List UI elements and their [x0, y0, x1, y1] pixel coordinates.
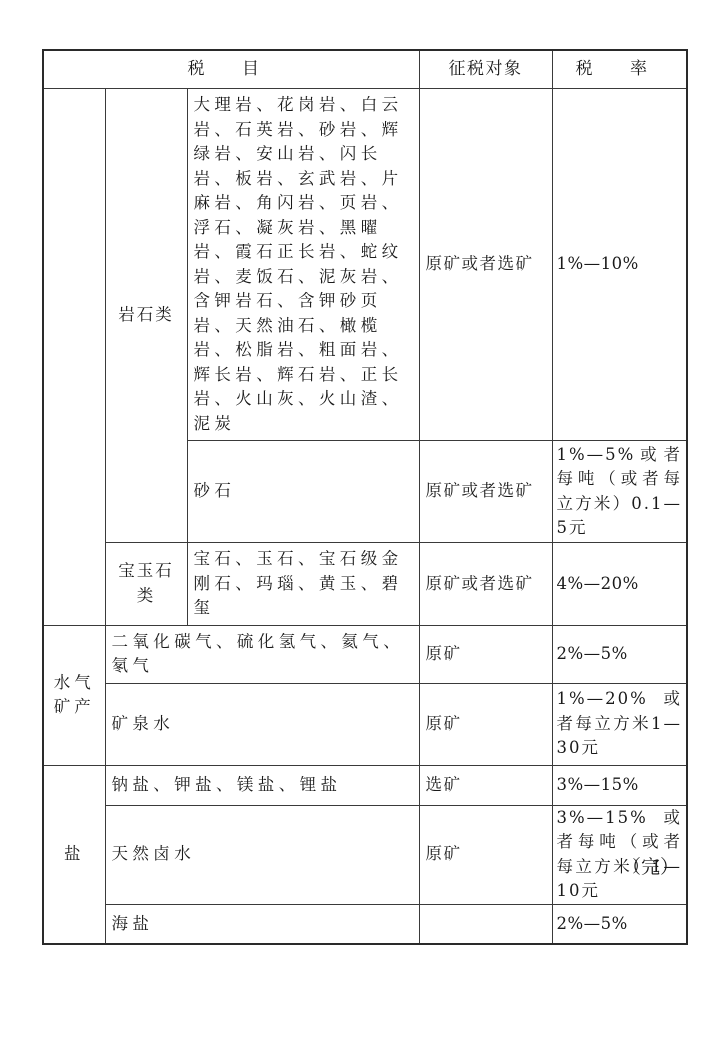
header-tax-rate: 税 率: [552, 50, 687, 89]
gravel-item: 砂石: [187, 441, 419, 543]
gem-tax-rate: 4%—20%: [552, 543, 687, 626]
table-row: 岩石类 大理岩、花岗岩、白云岩、石英岩、砂岩、辉绿岩、安山岩、闪长岩、板岩、玄武…: [43, 89, 687, 441]
gas-tax-object: 原矿: [419, 625, 552, 683]
rock-tax-object: 原矿或者选矿: [419, 89, 552, 441]
mineral-water-item: 矿泉水: [105, 683, 419, 765]
sea-salt-tax-rate: 2%—5%: [552, 904, 687, 944]
header-tax-item: 税 目: [43, 50, 419, 89]
rock-tax-rate: 1%—10%: [552, 89, 687, 441]
category-salt: 盐: [43, 765, 105, 944]
document-page: 税 目 征税对象 税 率 岩石类 大理岩、花岗岩、白云岩、石英岩、砂岩、辉绿岩、…: [0, 0, 726, 1041]
brine-item: 天然卤水: [105, 805, 419, 904]
table-row: 海盐 2%—5%: [43, 904, 687, 944]
mineral-water-tax-object: 原矿: [419, 683, 552, 765]
brine-tax-object: 原矿: [419, 805, 552, 904]
category-cell-nonmetal: [43, 89, 105, 626]
salt-items-list: 钠盐、钾盐、镁盐、锂盐: [105, 765, 419, 805]
salt-tax-object: 选矿: [419, 765, 552, 805]
gas-tax-rate: 2%—5%: [552, 625, 687, 683]
header-tax-object: 征税对象: [419, 50, 552, 89]
end-mark: （完）: [622, 852, 679, 879]
gas-items-list: 二氧化碳气、硫化氢气、氦气、氡气: [105, 625, 419, 683]
mineral-water-tax-rate: 1%—20% 或者每立方米1—30元: [552, 683, 687, 765]
gem-items-list: 宝石、玉石、宝石级金刚石、玛瑙、黄玉、碧玺: [187, 543, 419, 626]
salt-tax-rate: 3%—15%: [552, 765, 687, 805]
table-row: 水气矿产 二氧化碳气、硫化氢气、氦气、氡气 原矿 2%—5%: [43, 625, 687, 683]
sea-salt-item: 海盐: [105, 904, 419, 944]
table-row: 盐 钠盐、钾盐、镁盐、锂盐 选矿 3%—15%: [43, 765, 687, 805]
gravel-tax-object: 原矿或者选矿: [419, 441, 552, 543]
gem-tax-object: 原矿或者选矿: [419, 543, 552, 626]
category-water-gas: 水气矿产: [43, 625, 105, 765]
table-row: 天然卤水 原矿 3%—15% 或者每吨（或者每立方米）1—10元: [43, 805, 687, 904]
gravel-tax-rate: 1%—5%或者每吨（或者每立方米）0.1—5元: [552, 441, 687, 543]
table-row: 宝玉石类 宝石、玉石、宝石级金刚石、玛瑙、黄玉、碧玺 原矿或者选矿 4%—20%: [43, 543, 687, 626]
subcategory-rock: 岩石类: [105, 89, 187, 543]
rock-items-list: 大理岩、花岗岩、白云岩、石英岩、砂岩、辉绿岩、安山岩、闪长岩、板岩、玄武岩、片麻…: [187, 89, 419, 441]
sea-salt-tax-object: [419, 904, 552, 944]
subcategory-gem: 宝玉石类: [105, 543, 187, 626]
table-row: 矿泉水 原矿 1%—20% 或者每立方米1—30元: [43, 683, 687, 765]
resource-tax-table: 税 目 征税对象 税 率 岩石类 大理岩、花岗岩、白云岩、石英岩、砂岩、辉绿岩、…: [42, 49, 688, 945]
table-header-row: 税 目 征税对象 税 率: [43, 50, 687, 89]
